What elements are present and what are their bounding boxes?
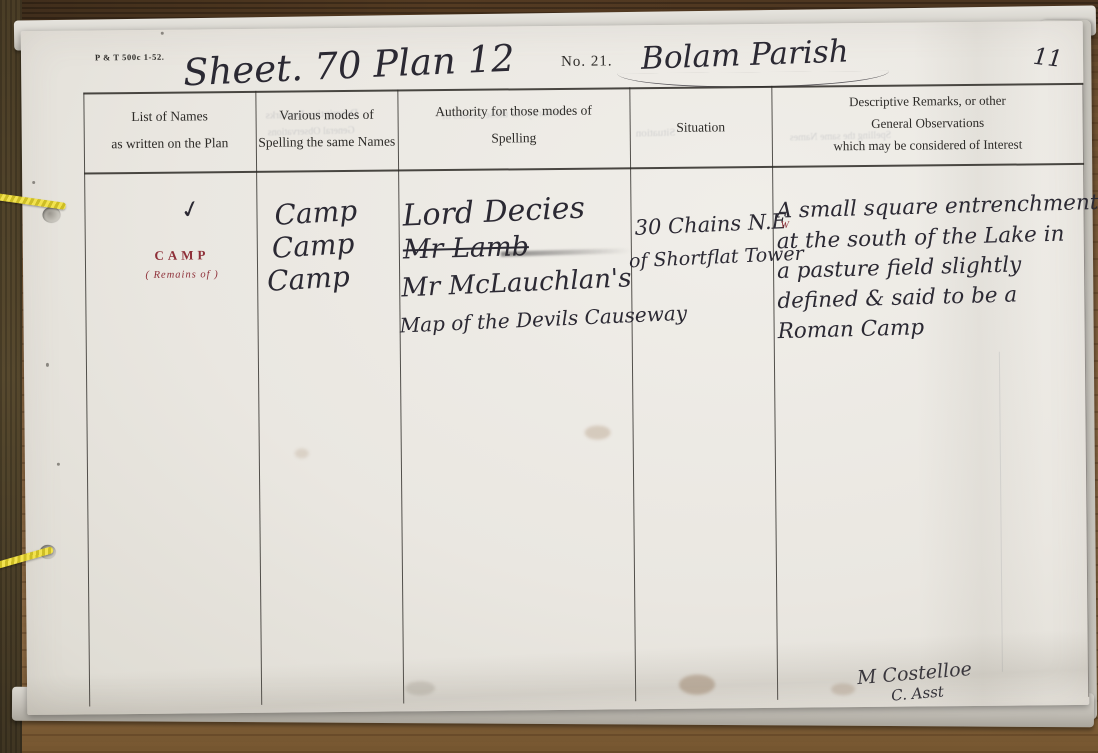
- paper-stain: [295, 448, 309, 458]
- table-col1-rule: [255, 91, 262, 705]
- paper-stain: [679, 674, 715, 694]
- authority-entry: Lord Decies: [402, 191, 586, 234]
- column-header-remarks-line2: General Observations: [773, 115, 1083, 131]
- authority-entry-struck: Mr Lamb: [402, 231, 529, 265]
- paper-speck: [57, 463, 60, 466]
- paper-speck: [32, 181, 35, 184]
- column-header-authority-line2: Spelling: [398, 130, 630, 146]
- spelling-entry: Camp: [271, 227, 355, 265]
- paper-speck: [46, 363, 49, 367]
- remarks-entry: A small square entrenchment: [776, 190, 1098, 224]
- printer-mark: P & T 500c 1-52.: [95, 52, 165, 63]
- desk-wood-left: [0, 0, 22, 753]
- binding-hole-top: [42, 207, 60, 223]
- situation-entry: 30 Chains N.E: [634, 209, 787, 240]
- column-header-names-line1: List of Names: [84, 109, 256, 124]
- sheet-plan-title: Sheet. 70 Plan 12: [182, 37, 515, 95]
- authority-entry: Mr McLauchlan's: [401, 263, 632, 303]
- surveyor-signature-rank: C. Asst: [891, 682, 945, 704]
- bleedthrough-text: General Observations: [268, 125, 355, 138]
- entry-number: No. 21.: [561, 53, 613, 70]
- table-left-rule: [83, 93, 90, 707]
- document-page: P & T 500c 1-52. Sheet. 70 Plan 12 No. 2…: [21, 21, 1090, 715]
- column-header-names: List of Names as written on the Plan: [84, 109, 257, 164]
- authority-entry: Map of the Devils Causeway: [399, 301, 687, 338]
- paper-stain: [405, 681, 435, 695]
- bleedthrough-rule: [999, 352, 1003, 672]
- table-col2-rule: [397, 89, 404, 703]
- spelling-entry: Camp: [274, 194, 358, 232]
- remarks-entry: at the south of the Lake in: [776, 222, 1064, 255]
- paper-stain: [585, 425, 611, 439]
- page-number: 11: [1032, 44, 1064, 73]
- scanned-name-book-page: P & T 500c 1-52. Sheet. 70 Plan 12 No. 2…: [0, 0, 1098, 753]
- paper-speck: [161, 32, 164, 35]
- table-col4-rule: [771, 86, 778, 700]
- table-col3-rule: [629, 87, 636, 701]
- name-stamp-qualifier: ( Remains of ): [117, 269, 247, 281]
- table-header-rule: [84, 163, 1084, 174]
- surveyor-checkmark: ✓: [177, 193, 203, 225]
- paper-stain: [831, 683, 855, 695]
- column-header-remarks-line1: Descriptive Remarks, or other: [772, 93, 1082, 109]
- column-header-names-line2: as written on the Plan: [84, 135, 256, 150]
- name-stamp: CAMP: [127, 247, 237, 264]
- bleedthrough-text: Descriptive Remarks: [265, 107, 358, 121]
- column-header-remarks: Descriptive Remarks, or other General Ob…: [772, 93, 1083, 162]
- bleedthrough-text: Situation: [636, 126, 676, 139]
- surveyor-signature: M Costelloe: [856, 658, 972, 689]
- parish-title: Bolam Parish: [640, 33, 849, 76]
- remarks-entry: defined & said to be a: [777, 282, 1017, 313]
- spelling-entry: Camp: [266, 260, 350, 298]
- remarks-entry: a pasture field slightly: [777, 252, 1022, 284]
- remarks-entry: Roman Camp: [777, 315, 924, 344]
